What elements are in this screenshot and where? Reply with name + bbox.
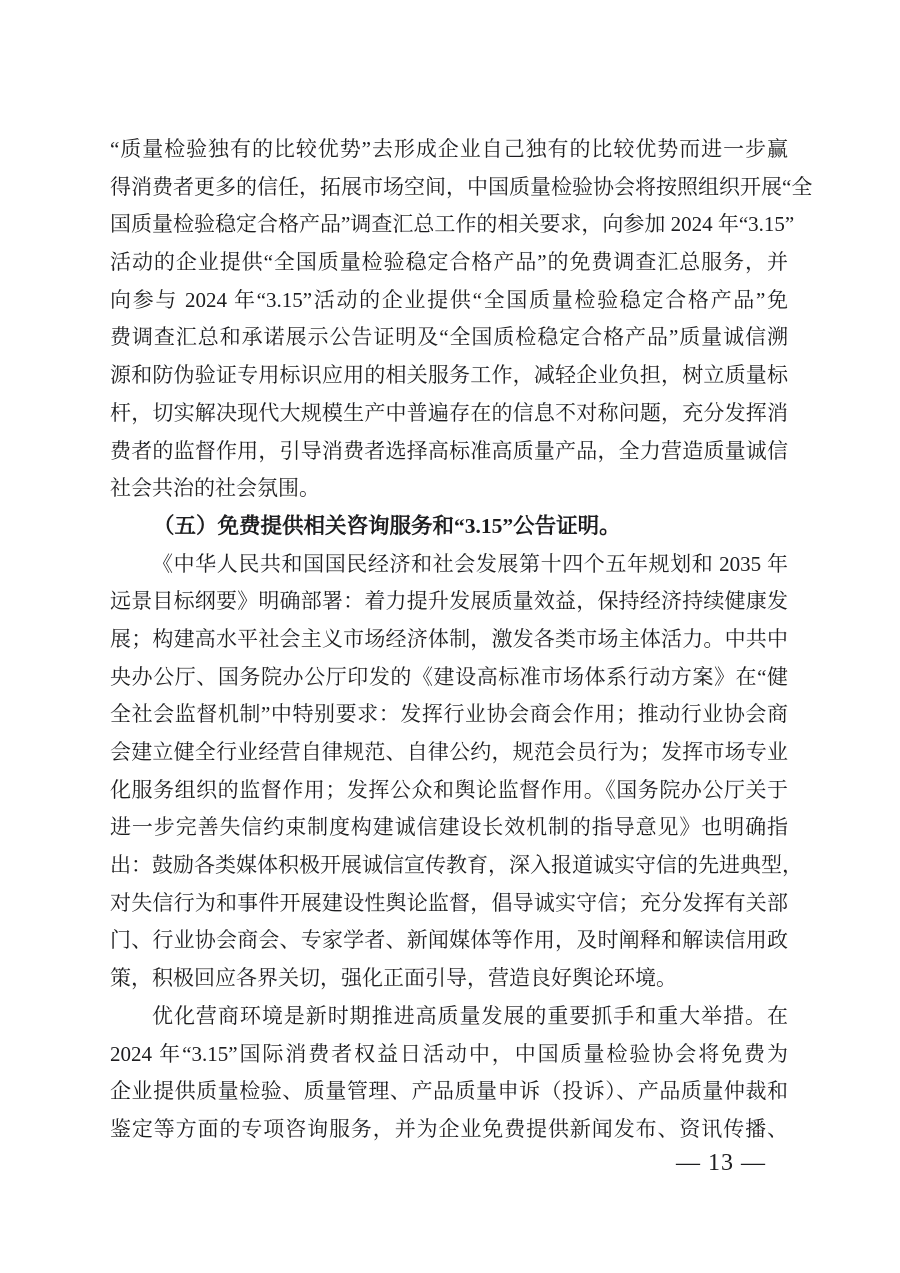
- body-line: 策，积极回应各界关切，强化正面引导，营造良好舆论环境。: [110, 960, 788, 998]
- body-line: 对失信行为和事件开展建设性舆论监督，倡导诚实守信；充分发挥有关部: [110, 885, 788, 923]
- section-heading: （五）免费提供相关咨询服务和“3.15”公告证明。: [110, 508, 788, 546]
- body-line: 活动的企业提供“全国质量检验稳定合格产品”的免费调查汇总服务，并: [110, 244, 788, 282]
- body-line: 费者的监督作用，引导消费者选择高标准高质量产品，全力营造质量诚信: [110, 433, 788, 471]
- body-line: 企业提供质量检验、质量管理、产品质量申诉（投诉）、产品质量仲裁和: [110, 1073, 788, 1111]
- body-line: 门、行业协会商会、专家学者、新闻媒体等作用，及时阐释和解读信用政: [110, 922, 788, 960]
- body-line: 向参与 2024 年“3.15”活动的企业提供“全国质量检验稳定合格产品”免: [110, 282, 788, 320]
- paragraph-policy: 《中华人民共和国国民经济和社会发展第十四个五年规划和 2035 年 远景目标纲要…: [110, 546, 788, 998]
- body-line: 远景目标纲要》明确部署：着力提升发展质量效益，保持经济持续健康发: [110, 583, 788, 621]
- body-line: 展；构建高水平社会主义市场经济体制，激发各类市场主体活力。中共中: [110, 621, 788, 659]
- document-page: “质量检验独有的比较优势”去形成企业自己独有的比较优势而进一步赢 得消费者更多的…: [0, 0, 900, 1273]
- body-line: 会建立健全行业经营自律规范、自律公约，规范会员行为；发挥市场专业: [110, 734, 788, 772]
- page-number: — 13 —: [676, 1148, 766, 1178]
- body-line: 费调查汇总和承诺展示公告证明及“全国质检稳定合格产品”质量诚信溯: [110, 319, 788, 357]
- body-line: 化服务组织的监督作用；发挥公众和舆论监督作用。《国务院办公厅关于: [110, 772, 788, 810]
- body-line: 杆，切实解决现代大规模生产中普遍存在的信息不对称问题，充分发挥消: [110, 395, 788, 433]
- body-line: 社会共治的社会氛围。: [110, 470, 788, 508]
- body-line: 2024 年“3.15”国际消费者权益日活动中，中国质量检验协会将免费为: [110, 1036, 788, 1074]
- body-line: 进一步完善失信约束制度构建诚信建设长效机制的指导意见》也明确指: [110, 809, 788, 847]
- body-line: 央办公厅、国务院办公厅印发的《建设高标准市场体系行动方案》在“健: [110, 659, 788, 697]
- body-line: “质量检验独有的比较优势”去形成企业自己独有的比较优势而进一步赢: [110, 131, 788, 169]
- body-line: 《中华人民共和国国民经济和社会发展第十四个五年规划和 2035 年: [110, 546, 788, 584]
- body-line: 鉴定等方面的专项咨询服务，并为企业免费提供新闻发布、资讯传播、: [110, 1111, 788, 1149]
- body-line: 优化营商环境是新时期推进高质量发展的重要抓手和重大举措。在: [110, 998, 788, 1036]
- body-line: 出：鼓励各类媒体积极开展诚信宣传教育，深入报道诚实守信的先进典型，: [110, 847, 788, 885]
- body-line: 国质量检验稳定合格产品”调查汇总工作的相关要求，向参加 2024 年“3.15”: [110, 206, 788, 244]
- paragraph-services: 优化营商环境是新时期推进高质量发展的重要抓手和重大举措。在 2024 年“3.1…: [110, 998, 788, 1149]
- body-line: 全社会监督机制”中特别要求：发挥行业协会商会作用；推动行业协会商: [110, 696, 788, 734]
- body-line: 源和防伪验证专用标识应用的相关服务工作，减轻企业负担，树立质量标: [110, 357, 788, 395]
- body-line: 得消费者更多的信任，拓展市场空间，中国质量检验协会将按照组织开展“全: [110, 169, 788, 207]
- paragraph-continuation: “质量检验独有的比较优势”去形成企业自己独有的比较优势而进一步赢 得消费者更多的…: [110, 131, 788, 508]
- document-body: “质量检验独有的比较优势”去形成企业自己独有的比较优势而进一步赢 得消费者更多的…: [110, 131, 788, 1149]
